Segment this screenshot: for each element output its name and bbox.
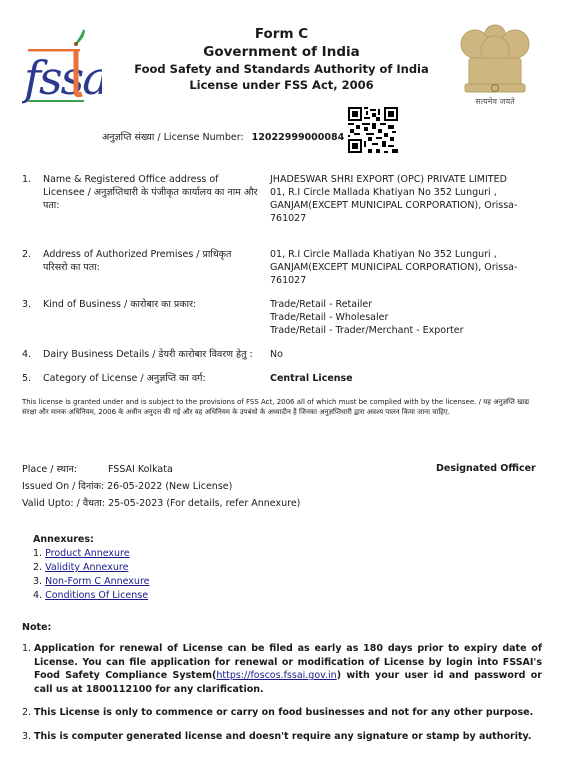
premises-address: 01, R.I Circle Mallada Khatiyan No 352 L… bbox=[270, 248, 530, 287]
note-number: 1. bbox=[22, 642, 31, 656]
annexure-item: 4. Conditions Of License bbox=[33, 589, 149, 603]
item-label: Category of License / अनुज्ञप्ति का वर्ग… bbox=[43, 372, 258, 385]
place-row: Place / स्थान:FSSAI Kolkata bbox=[22, 461, 300, 478]
item-number: 3. bbox=[22, 298, 31, 311]
item-value: JHADESWAR SHRI EXPORT (OPC) PRIVATE LIMI… bbox=[270, 173, 530, 225]
valid-value: 25-05-2023 (For details, refer Annexure) bbox=[108, 498, 300, 509]
annexures-title: Annexures: bbox=[33, 533, 149, 547]
note-2: 2. This License is only to commence or c… bbox=[22, 706, 542, 720]
licensee-name: JHADESWAR SHRI EXPORT (OPC) PRIVATE LIMI… bbox=[270, 173, 530, 186]
designated-officer: Designated Officer bbox=[436, 463, 536, 474]
business-kind: Trade/Retail - Retailer bbox=[270, 298, 530, 311]
item-label: Name & Registered Office address of Lice… bbox=[43, 173, 258, 212]
place-label: Place / स्थान: bbox=[22, 461, 108, 478]
note-number: 2. bbox=[22, 706, 31, 720]
item-value: Trade/Retail - Retailer Trade/Retail - W… bbox=[270, 298, 530, 337]
item-value: No bbox=[270, 348, 530, 361]
business-kind: Trade/Retail - Wholesaler bbox=[270, 311, 530, 324]
annexure-number: 2. bbox=[33, 562, 42, 573]
conditions-of-license-link[interactable]: Conditions Of License bbox=[45, 590, 148, 601]
item-number: 5. bbox=[22, 372, 31, 385]
issued-value: 26-05-2022 (New License) bbox=[107, 481, 232, 492]
foscos-link[interactable]: https://foscos.fssai.gov.in bbox=[216, 670, 336, 681]
note-3: 3. This is computer generated license an… bbox=[22, 730, 542, 744]
emblem-motto: सत्यमेव जयते bbox=[475, 96, 515, 106]
annexure-number: 1. bbox=[33, 548, 42, 559]
annexure-item: 1. Product Annexure bbox=[33, 547, 149, 561]
item-label: Dairy Business Details / डेयरी कारोबार व… bbox=[43, 348, 268, 361]
valid-row: Valid Upto: / वैधता: 25-05-2023 (For det… bbox=[22, 495, 300, 512]
item-label: Kind of Business / कारोबार का प्रकार: bbox=[43, 298, 258, 311]
licensee-address: 01, R.I Circle Mallada Khatiyan No 352 L… bbox=[270, 186, 530, 225]
non-form-c-annexure-link[interactable]: Non-Form C Annexure bbox=[45, 576, 149, 587]
license-details: Place / स्थान:FSSAI Kolkata Issued On / … bbox=[22, 461, 300, 512]
product-annexure-link[interactable]: Product Annexure bbox=[45, 548, 130, 559]
annexure-item: 2. Validity Annexure bbox=[33, 561, 149, 575]
ashoka-emblem-icon: सत्यमेव जयते bbox=[455, 20, 535, 108]
note-text: This License is only to commence or carr… bbox=[34, 706, 542, 720]
issued-label: Issued On / दिनांक: bbox=[22, 481, 104, 492]
annexure-item: 3. Non-Form C Annexure bbox=[33, 575, 149, 589]
license-number: 12022999000084 bbox=[252, 132, 345, 143]
valid-label: Valid Upto: / वैधता: bbox=[22, 498, 105, 509]
item-number: 1. bbox=[22, 173, 31, 186]
dairy-value: No bbox=[270, 348, 530, 361]
qr-code-icon bbox=[348, 107, 398, 153]
item-value: Central License bbox=[270, 372, 530, 385]
business-kind: Trade/Retail - Trader/Merchant - Exporte… bbox=[270, 324, 530, 337]
place-value: FSSAI Kolkata bbox=[108, 464, 173, 475]
annexures-section: Annexures: 1. Product Annexure 2. Validi… bbox=[33, 533, 149, 603]
annexure-number: 3. bbox=[33, 576, 42, 587]
issued-row: Issued On / दिनांक: 26-05-2022 (New Lice… bbox=[22, 478, 300, 495]
license-number-row: अनुज्ञप्ति संख्या / License Number:12022… bbox=[102, 130, 344, 143]
license-number-label: अनुज्ञप्ति संख्या / License Number: bbox=[102, 132, 244, 143]
note-number: 3. bbox=[22, 730, 31, 744]
item-number: 2. bbox=[22, 248, 31, 261]
item-value: 01, R.I Circle Mallada Khatiyan No 352 L… bbox=[270, 248, 530, 287]
note-text: This is computer generated license and d… bbox=[34, 730, 542, 744]
category-value: Central License bbox=[270, 372, 530, 385]
item-label: Address of Authorized Premises / प्राधिक… bbox=[43, 248, 258, 274]
note-title: Note: bbox=[22, 622, 51, 633]
disclaimer-text: This license is granted under and is sub… bbox=[22, 397, 542, 417]
annexure-number: 4. bbox=[33, 590, 42, 601]
item-number: 4. bbox=[22, 348, 31, 361]
note-1: 1. Application for renewal of License ca… bbox=[22, 642, 542, 696]
validity-annexure-link[interactable]: Validity Annexure bbox=[45, 562, 128, 573]
